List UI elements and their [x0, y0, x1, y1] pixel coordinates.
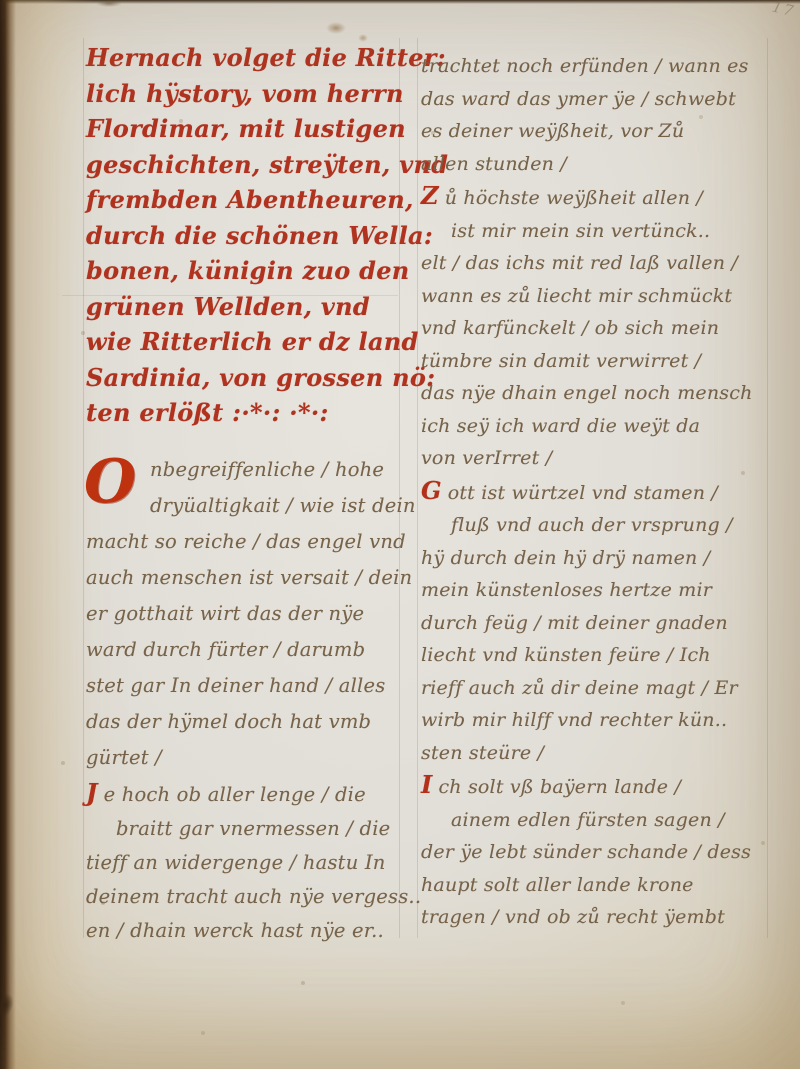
text-line: Je hoch ob aller lenge / die: [86, 776, 406, 812]
text-line: macht so reiche / das engel vnd: [86, 524, 406, 560]
paragraph: Zů höchste weÿßheit allen / ist mir mein…: [421, 180, 766, 475]
rubric-line: bonen, künigin zuo den: [86, 253, 404, 289]
text-line: haupt solt aller lande krone: [421, 869, 766, 902]
text-line: trachtet noch erfünden / wann es: [421, 50, 766, 83]
text-line: ainem edlen fürsten sagen /: [421, 804, 766, 837]
text-line: Zů höchste weÿßheit allen /: [421, 180, 766, 215]
text-line: es deiner weÿßheit, vor Zů: [421, 115, 766, 148]
text-line: wirb mir hilff vnd rechter kün..: [421, 704, 766, 737]
text-line: tümbre sin damit verwirret /: [421, 345, 766, 378]
text-line: sten steüre /: [421, 737, 766, 770]
paragraph: O nbegreiffenliche / hohe dryüaltigkait …: [86, 452, 406, 776]
paragraph-initial: I: [421, 770, 432, 799]
text-line: von verIrret /: [421, 442, 766, 475]
text-line: das ward das ymer ÿe / schwebt: [421, 83, 766, 116]
text-line: braitt gar vnermessen / die: [86, 812, 406, 846]
text-line: er gotthait wirt das der nÿe: [86, 596, 406, 632]
text-line: Gott ist würtzel vnd stamen /: [421, 475, 766, 510]
paragraph-initial: G: [421, 476, 442, 505]
rubric-line: frembden Abentheuren,: [86, 182, 404, 218]
text-line: deinem tracht auch nÿe vergess..: [86, 880, 406, 914]
text-line: vnd karfünckelt / ob sich mein: [421, 312, 766, 345]
ink-stain: [326, 22, 346, 34]
text-line: tragen / vnd ob zů recht ÿembt: [421, 901, 766, 934]
manuscript-page: 17 Hernach volget die Ritter: lich hÿsto…: [0, 0, 800, 1069]
text-line: hÿ durch dein hÿ drÿ namen /: [421, 542, 766, 575]
text-line: Ich solt vß baÿern lande /: [421, 769, 766, 804]
binding-thread: [0, 991, 16, 1019]
paragraph: trachtet noch erfünden / wann es das war…: [421, 50, 766, 180]
text-line: das nÿe dhain engel noch mensch: [421, 377, 766, 410]
text-line-content: ch solt vß baÿern lande /: [438, 776, 681, 798]
text-line-content: ott ist würtzel vnd stamen /: [448, 482, 718, 504]
text-line: ist mir mein sin vertünck..: [421, 215, 766, 248]
rubric-line: Sardinia, von grossen nö:: [86, 360, 404, 396]
text-line: fluß vnd auch der vrsprung /: [421, 509, 766, 542]
text-line: en / dhain werck hast nÿe er..: [86, 914, 406, 948]
text-line: mein künstenloses hertze mir: [421, 574, 766, 607]
rubric-line: durch die schönen Wella:: [86, 218, 404, 254]
rubric-line: lich hÿstory, vom herrn: [86, 76, 404, 112]
text-line: tieff an widergenge / hastu In: [86, 846, 406, 880]
text-line: gürtet /: [86, 740, 406, 776]
folio-number: 17: [771, 0, 797, 20]
rubric-line: Hernach volget die Ritter:: [86, 40, 404, 76]
rubric-line: wie Ritterlich er dz land: [86, 324, 404, 360]
right-text-column: trachtet noch erfünden / wann es das war…: [421, 50, 766, 934]
drop-cap-initial: O: [84, 452, 136, 512]
text-line: das der hÿmel doch hat vmb: [86, 704, 406, 740]
rubric-line: ten erlößt :·*·: ·*·:: [86, 395, 404, 431]
paragraph: Ich solt vß baÿern lande / ainem edlen f…: [421, 769, 766, 934]
text-line: allen stunden /: [421, 148, 766, 181]
text-line: durch feüg / mit deiner gnaden: [421, 607, 766, 640]
ink-stain: [96, 0, 122, 7]
text-line-content: e hoch ob aller lenge / die: [104, 783, 366, 806]
paragraph: Je hoch ob aller lenge / die braitt gar …: [86, 776, 406, 948]
paragraph: Gott ist würtzel vnd stamen / fluß vnd a…: [421, 475, 766, 770]
text-line: ward durch fürter / darumb: [86, 632, 406, 668]
paragraph-initial: Z: [421, 181, 439, 210]
text-line: liecht vnd künsten feüre / Ich: [421, 639, 766, 672]
text-line: auch menschen ist versait / dein: [86, 560, 406, 596]
text-line: wann es zů liecht mir schmückt: [421, 280, 766, 313]
text-line: stet gar In deiner hand / alles: [86, 668, 406, 704]
rubric-heading: Hernach volget die Ritter: lich hÿstory,…: [86, 40, 404, 431]
text-line: der ÿe lebt sünder schande / dess: [421, 836, 766, 869]
ruling-line-vertical: [767, 38, 768, 938]
rubric-line: geschichten, streÿten, vnd: [86, 147, 404, 183]
rubric-line: Flordimar, mit lustigen: [86, 111, 404, 147]
left-text-column: O nbegreiffenliche / hohe dryüaltigkait …: [86, 452, 406, 948]
text-line: elt / das ichs mit red laß vallen /: [421, 247, 766, 280]
text-line-content: ů höchste weÿßheit allen /: [445, 187, 703, 209]
paper-speckles: [0, 0, 2, 2]
text-line: rieff auch zů dir deine magt / Er: [421, 672, 766, 705]
paragraph-initial: J: [86, 778, 98, 807]
text-line: ich seÿ ich ward die weÿt da: [421, 410, 766, 443]
rubric-line: grünen Wellden, vnd: [86, 289, 404, 325]
